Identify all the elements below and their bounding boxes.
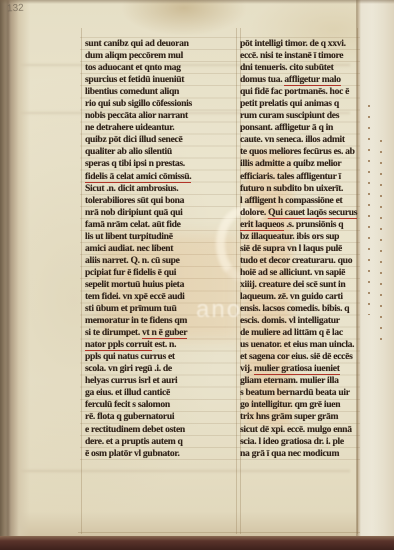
manuscript-text-line: tudo et decor creaturaru. quo — [240, 255, 357, 267]
manuscript-text-line: Sicut .n. dicit ambrosius. — [85, 183, 236, 195]
manuscript-text-line: rē. flota q gubernatorui — [85, 411, 236, 423]
manuscript-text-line: helyas currus isrl et auri — [85, 375, 236, 387]
manuscript-text-line: quibz pōt dici illud senecē — [85, 134, 236, 146]
manuscript-text-line: si te dirumpet. vt n ē guber — [85, 327, 236, 339]
manuscript-text-line: us uenator. et eius man uincla. — [240, 339, 357, 351]
pricking-marks — [380, 140, 382, 340]
manuscript-text-line: tolerabiliores sūt qui bona — [85, 195, 236, 207]
manuscript-text-line: e rectitudinem debet osten — [85, 424, 236, 436]
manuscript-text-line: scola. vn giri regū .i. de — [85, 363, 236, 375]
manuscript-text-line: nrā nob diripiunt quā qui — [85, 207, 236, 219]
manuscript-text-line: ferculū fecit s salomon — [85, 399, 236, 411]
manuscript-text-line: nator ppls corruit est. n. — [85, 339, 236, 351]
manuscript-text-line: sunt canibz qui ad deuoran — [85, 38, 236, 50]
manuscript-text-line: rio qui sub sigillo cōfessionis — [85, 98, 236, 110]
manuscript-text-line: dere. et a pruptis autem q — [85, 436, 236, 448]
manuscript-text-line: scia. l ideo gratiosa dr. i. ple — [240, 436, 357, 448]
manuscript-text-line: pcipiat fur ē fidelis ē qui — [85, 267, 236, 279]
text-column-right: pōt intelligi timor. de q xxvi.eccē. nis… — [240, 38, 357, 460]
manuscript-text-line: futuro n subdito bn uixerīt. — [240, 183, 357, 195]
manuscript-text-line: dolore. Qui cauet laqōs securus — [240, 207, 356, 219]
manuscript-text-line: te quos meliores fecūrus es. ab — [240, 146, 357, 158]
pricking-marks — [368, 105, 370, 315]
manuscript-text-line: sicut dē xpi. eccē. mulgo ennā — [240, 424, 357, 436]
manuscript-text-line: ne detrahere uideantur. — [85, 122, 236, 134]
manuscript-text-line: illis admitte a quibz melior — [240, 158, 357, 170]
manuscript-text-line: na grā ī qua nec modicum — [240, 448, 357, 460]
manuscript-text-line: l affligent h compassiōne et — [240, 195, 357, 207]
bottom-margin-rule — [78, 532, 360, 533]
manuscript-text-line: nobis peccāta alior narrant — [85, 110, 236, 122]
manuscript-text-line: famā nrām celat. aūt fide — [85, 219, 236, 231]
manuscript-text-line: tos aduocant et qnto mag — [85, 62, 236, 74]
manuscript-text-line: sti ūbum et prīmum tuū — [85, 303, 236, 315]
manuscript-text-line: et sagena cor eius. siē dē eccēs — [240, 351, 357, 363]
manuscript-text-line: fidelis ā celat amici cōmissū. — [85, 171, 236, 183]
manuscript-text-line: domus tua. affligetur malo — [240, 74, 357, 86]
manuscript-text-line: tem fidei. vn xpē eccē audi — [85, 291, 236, 303]
manuscript-text-line: siē dē supra vn l laqus pulē — [240, 243, 357, 255]
top-edge-shadow — [0, 0, 394, 4]
manuscript-photo: ano 132 sunt canibz qui ad deuorandum al… — [0, 0, 394, 550]
manuscript-text-line: amici audiat. nec libent — [85, 243, 236, 255]
manuscript-text-line: petit prelatis qui animas q — [240, 98, 357, 110]
manuscript-text-line: ensis. lacsos comedis. bibis. q — [240, 303, 357, 315]
text-column-left: sunt canibz qui ad deuorandum aliqm pecc… — [85, 38, 236, 460]
manuscript-text-line: aliis narret. Q. n. cū supe — [85, 255, 236, 267]
column-rule-left-outer — [81, 28, 82, 534]
manuscript-text-line: speras q tibi ipsi n prestas. — [85, 158, 236, 170]
manuscript-text-line: s beatum bernardū beata uir — [240, 387, 357, 399]
manuscript-text-line: ponsant. affligetur ā q in — [240, 122, 357, 134]
manuscript-text-line: ppls qui natus currus et — [85, 351, 236, 363]
manuscript-text-line: ē osm platōr vl gubnator. — [85, 448, 236, 460]
folio-number: 132 — [7, 3, 24, 15]
parchment-crease — [20, 470, 350, 472]
manuscript-text-line: lis ut libent turpitudinē — [85, 231, 236, 243]
manuscript-text-line: spurcius et fetidū inueniūt — [85, 74, 236, 86]
manuscript-text-line: libentius comedunt aliqn — [85, 86, 236, 98]
book-cover-edge — [0, 536, 394, 550]
manuscript-text-line: erit laqueos .s. prunsiōnis q — [240, 219, 357, 231]
manuscript-text-line: trix hns grām super grām — [240, 411, 357, 423]
manuscript-text-line: qualiter ab alio silentiū — [85, 146, 236, 158]
binding-gutter-shadow — [7, 0, 9, 550]
manuscript-text-line: gliam eternam. mulier illa — [240, 375, 357, 387]
binding-gutter — [0, 0, 30, 550]
manuscript-text-line: ga eius. et illud canticē — [85, 387, 236, 399]
manuscript-text-line: laqueum. zē. vn guido carti — [240, 291, 357, 303]
manuscript-text-line: dum aliqm peccōrem mul — [85, 50, 236, 62]
manuscript-text-line: eccē. nisi te instanē ī timore — [240, 50, 357, 62]
manuscript-text-line: dni tenueris. cito subūtet — [240, 62, 357, 74]
column-rule-right-outer — [357, 28, 358, 534]
manuscript-text-line: escis. domis. vl intelligatur — [240, 315, 357, 327]
manuscript-text-line: xiiij. creature dei scē sunt in — [240, 279, 357, 291]
manuscript-text-line: caute. vn seneca. illos admit — [240, 134, 357, 146]
manuscript-text-line: efficiaris. tales affligentur ī — [240, 171, 357, 183]
fore-edge-pages — [358, 0, 394, 544]
manuscript-text-line: bz illaqueatur. ibis ors sup — [240, 231, 357, 243]
manuscript-text-line: de muliere ad littām q ē lac — [240, 327, 357, 339]
manuscript-text-line: pōt intelligi timor. de q xxvi. — [240, 38, 357, 50]
manuscript-text-line: memoratur in te fidens qm — [85, 315, 236, 327]
manuscript-text-line: go intelligitur. qm grē iuen — [240, 399, 357, 411]
manuscript-text-line: rum curam suscipiunt des — [240, 110, 357, 122]
manuscript-text-line: qui fidē fac portmanēs. hoc ē — [240, 86, 357, 98]
manuscript-text-line: sepelit mortuū huius pieta — [85, 279, 236, 291]
manuscript-text-line: vij. mulier gratiosa iueniet — [240, 363, 357, 375]
manuscript-text-line: hoiē ad se alliciunt. vn sapiē — [240, 267, 357, 279]
